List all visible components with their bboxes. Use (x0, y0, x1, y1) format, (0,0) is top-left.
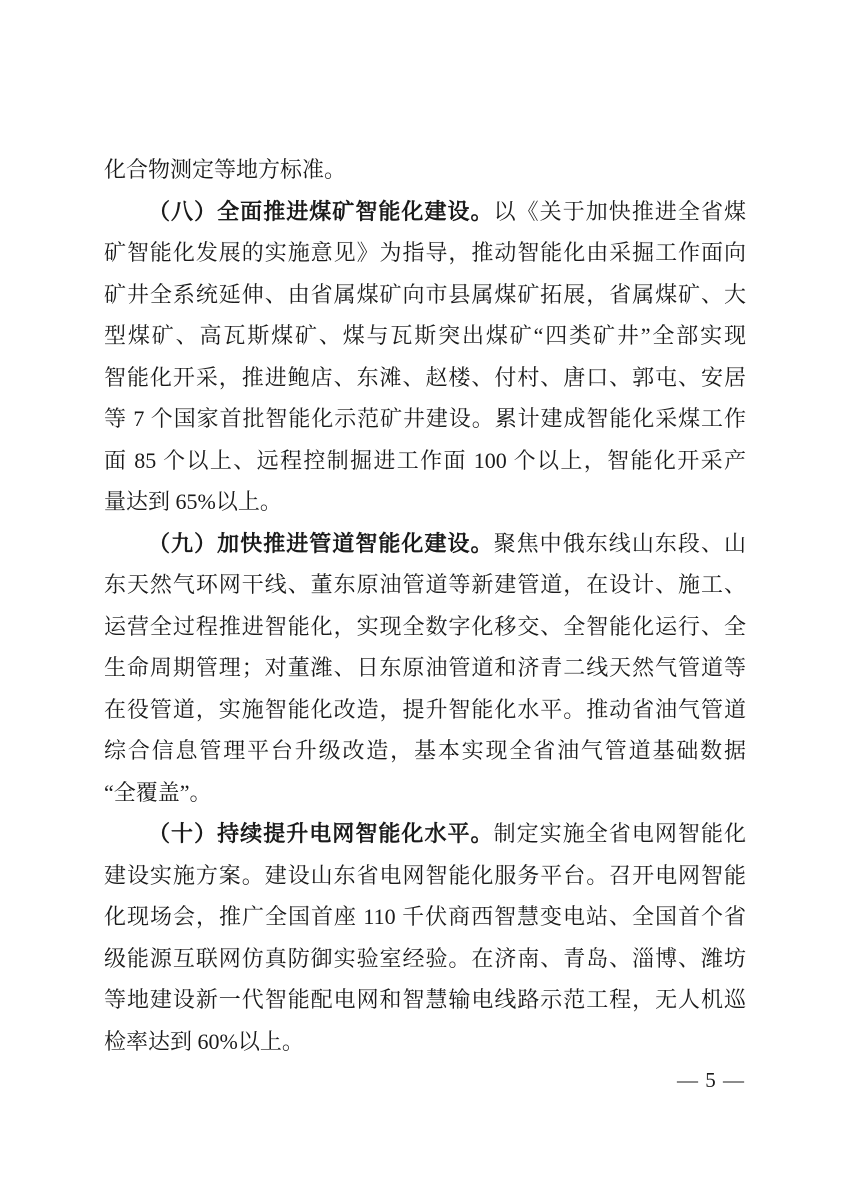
page-number: — 5 — (677, 1068, 745, 1093)
text-line: （十）持续提升电网智能化水平。制定实施全省电网智能化 (104, 813, 746, 855)
paragraph-lead: （八）全面推进煤矿智能化建设。 (148, 199, 494, 224)
text-segment: 制定实施全省电网智能化 (494, 821, 746, 846)
text-line: 智能化开采，推进鲍店、东滩、赵楼、付村、唐口、郭屯、安居 (104, 357, 746, 399)
text-line: 化现场会，推广全国首座 110 千伏商西智慧变电站、全国首个省 (104, 896, 746, 938)
text-line: 在役管道，实施智能化改造，提升智能化水平。推动省油气管道 (104, 689, 746, 731)
text-segment: 聚焦中俄东线山东段、山 (494, 531, 746, 556)
document-page: 化合物测定等地方标准。（八）全面推进煤矿智能化建设。以《关于加快推进全省煤矿智能… (0, 0, 848, 1200)
text-line: 量达到 65%以上。 (104, 481, 746, 523)
text-segment: 在役管道，实施智能化改造，提升智能化水平。推动省油气管道 (104, 697, 746, 722)
text-line: “全覆盖”。 (104, 772, 746, 814)
text-segment: “全覆盖”。 (104, 780, 212, 805)
text-line: 矿井全系统延伸、由省属煤矿向市县属煤矿拓展，省属煤矿、大 (104, 274, 746, 316)
text-segment: 建设实施方案。建设山东省电网智能化服务平台。召开电网智能 (104, 863, 746, 888)
text-segment: 面 85 个以上、远程控制掘进工作面 100 个以上，智能化开采产 (104, 448, 746, 473)
text-segment: 矿智能化发展的实施意见》为指导，推动智能化由采掘工作面向 (104, 240, 746, 265)
text-line: （九）加快推进管道智能化建设。聚焦中俄东线山东段、山 (104, 523, 746, 565)
text-segment: 等地建设新一代智能配电网和智慧输电线路示范工程，无人机巡 (104, 987, 746, 1012)
text-line: 面 85 个以上、远程控制掘进工作面 100 个以上，智能化开采产 (104, 440, 746, 482)
paragraph-lead: （十）持续提升电网智能化水平。 (148, 821, 494, 846)
text-segment: 运营全过程推进智能化，实现全数字化移交、全智能化运行、全 (104, 614, 746, 639)
text-line: 矿智能化发展的实施意见》为指导，推动智能化由采掘工作面向 (104, 232, 746, 274)
text-line: 等 7 个国家首批智能化示范矿井建设。累计建成智能化采煤工作 (104, 398, 746, 440)
text-line: 生命周期管理；对董潍、日东原油管道和济青二线天然气管道等 (104, 647, 746, 689)
text-line: 等地建设新一代智能配电网和智慧输电线路示范工程，无人机巡 (104, 979, 746, 1021)
text-line: 级能源互联网仿真防御实验室经验。在济南、青岛、淄博、潍坊 (104, 938, 746, 980)
paragraph-lead: （九）加快推进管道智能化建设。 (148, 531, 494, 556)
text-line: 东天然气环网干线、董东原油管道等新建管道，在设计、施工、 (104, 564, 746, 606)
text-segment: 生命周期管理；对董潍、日东原油管道和济青二线天然气管道等 (104, 655, 746, 680)
text-line: （八）全面推进煤矿智能化建设。以《关于加快推进全省煤 (104, 191, 746, 233)
text-segment: 型煤矿、高瓦斯煤矿、煤与瓦斯突出煤矿“四类矿井”全部实现 (104, 323, 746, 348)
text-segment: 等 7 个国家首批智能化示范矿井建设。累计建成智能化采煤工作 (104, 406, 746, 431)
text-line: 型煤矿、高瓦斯煤矿、煤与瓦斯突出煤矿“四类矿井”全部实现 (104, 315, 746, 357)
body-text: 化合物测定等地方标准。（八）全面推进煤矿智能化建设。以《关于加快推进全省煤矿智能… (104, 149, 746, 1062)
text-line: 运营全过程推进智能化，实现全数字化移交、全智能化运行、全 (104, 606, 746, 648)
text-segment: 矿井全系统延伸、由省属煤矿向市县属煤矿拓展，省属煤矿、大 (104, 282, 746, 307)
text-segment: 智能化开采，推进鲍店、东滩、赵楼、付村、唐口、郭屯、安居 (104, 365, 746, 390)
text-segment: 级能源互联网仿真防御实验室经验。在济南、青岛、淄博、潍坊 (104, 946, 746, 971)
text-line: 建设实施方案。建设山东省电网智能化服务平台。召开电网智能 (104, 855, 746, 897)
text-segment: 化合物测定等地方标准。 (104, 157, 346, 182)
text-segment: 量达到 65%以上。 (104, 489, 282, 514)
text-line: 化合物测定等地方标准。 (104, 149, 746, 191)
text-segment: 以《关于加快推进全省煤 (494, 199, 746, 224)
text-segment: 综合信息管理平台升级改造，基本实现全省油气管道基础数据 (104, 738, 746, 763)
text-segment: 检率达到 60%以上。 (104, 1029, 304, 1054)
text-line: 检率达到 60%以上。 (104, 1021, 746, 1063)
text-segment: 东天然气环网干线、董东原油管道等新建管道，在设计、施工、 (104, 572, 746, 597)
text-segment: 化现场会，推广全国首座 110 千伏商西智慧变电站、全国首个省 (104, 904, 746, 929)
text-line: 综合信息管理平台升级改造，基本实现全省油气管道基础数据 (104, 730, 746, 772)
